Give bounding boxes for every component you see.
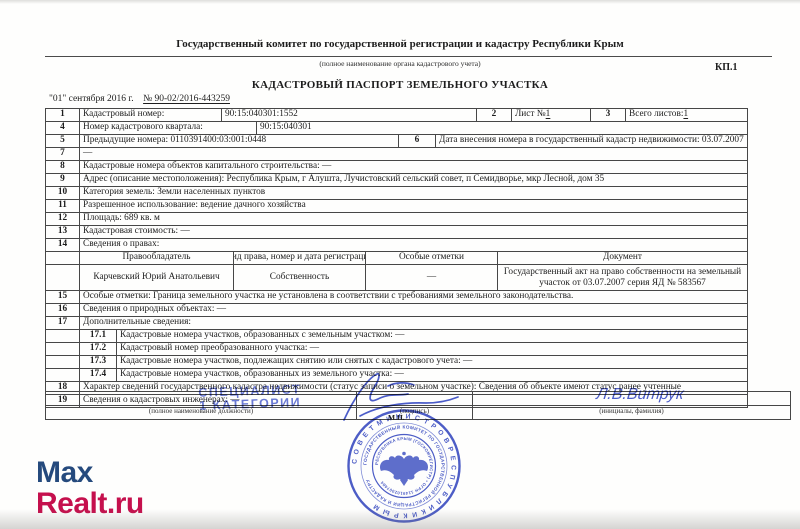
table-row: 12 Площадь: 689 кв. м xyxy=(46,213,747,226)
rights-document: Государственный акт на право собственнос… xyxy=(497,265,747,290)
row-number: 17 xyxy=(46,317,79,329)
row-number: 14 xyxy=(46,239,79,251)
subrow-number: 17.1 xyxy=(79,330,116,342)
address: Адрес (описание местоположения): Республ… xyxy=(79,174,747,186)
rights-owner: Карчевский Юрий Анатольевич xyxy=(79,265,233,290)
name-caption: (инициалы, фамилия) xyxy=(473,405,790,419)
row-number: 6 xyxy=(398,135,435,147)
document-title: КАДАСТРОВЫЙ ПАСПОРТ ЗЕМЕЛЬНОГО УЧАСТКА xyxy=(45,79,755,91)
form-code: КП.1 xyxy=(715,62,738,73)
row-label: Номер кадастрового квартала: xyxy=(79,122,256,134)
authority-caption: (полное наименование органа кадастрового… xyxy=(45,59,755,68)
table-row: 7 — xyxy=(46,148,747,161)
cadastral-number-value: 90:15:040301:1552 xyxy=(221,109,476,121)
table-subrow: 17.3 Кадастровые номера участков, подлеж… xyxy=(46,356,747,369)
table-row: 17 Дополнительные сведения: xyxy=(46,317,747,330)
empty-cell xyxy=(46,265,79,290)
permitted-use: Разрешенное использование: ведение дачно… xyxy=(79,200,747,212)
empty-cell xyxy=(46,369,79,381)
table-row: 15 Особые отметки: Граница земельного уч… xyxy=(46,291,747,304)
subrow-label: Кадастровые номера участков, подлежащих … xyxy=(116,356,747,368)
cadastral-table: 1 Кадастровый номер: 90:15:040301:1552 2… xyxy=(45,108,748,408)
subrow-label: Кадастровые номера участков, образованны… xyxy=(116,330,747,342)
signer-name: Л.В.Витрук xyxy=(559,386,721,404)
previous-numbers: Предыдущие номера: 0110391400:03:001:044… xyxy=(79,135,398,147)
row-number: 4 xyxy=(46,122,79,134)
table-row: 16 Сведения о природных объектах: — xyxy=(46,304,747,317)
total-sheets-label: Всего листов: xyxy=(629,109,683,121)
official-round-seal: С О В Е Т М И Н И С Т Р О В Р Е С П У Б … xyxy=(336,404,472,529)
row-label: Кадастровый номер: xyxy=(79,109,221,121)
additional-info-label: Дополнительные сведения: xyxy=(79,317,747,329)
watermark-line1: Max xyxy=(36,457,144,488)
table-row: 5 Предыдущие номера: 0110391400:03:001:0… xyxy=(46,135,747,148)
subrow-number: 17.2 xyxy=(79,343,116,355)
sheet-label: Лист № xyxy=(515,109,546,121)
row-number: 2 xyxy=(476,109,511,121)
date-line: "01" сентября 2016 г. № 90-02/2016-44325… xyxy=(49,94,230,104)
empty-cell xyxy=(46,356,79,368)
issuing-authority: Государственный комитет по государственн… xyxy=(45,38,755,50)
row-number: 12 xyxy=(46,213,79,225)
rights-marks: — xyxy=(365,265,497,290)
table-row: 4 Номер кадастрового квартала: 90:15:040… xyxy=(46,122,747,135)
natural-objects: Сведения о природных объектах: — xyxy=(79,304,747,316)
table-row: 10 Категория земель: Земли населенных пу… xyxy=(46,187,747,200)
row-number: 7 xyxy=(46,148,79,160)
subrow-number: 17.3 xyxy=(79,356,116,368)
watermark-line2: Realt.ru xyxy=(36,488,144,519)
site-watermark: Max Realt.ru xyxy=(36,457,144,519)
rights-header-row: Правообладатель Вид права, номер и дата … xyxy=(46,252,747,265)
special-marks: Особые отметки: Граница земельного участ… xyxy=(79,291,747,303)
table-row: 11 Разрешенное использование: ведение да… xyxy=(46,200,747,213)
subrow-label: Кадастровый номер преобразованного участ… xyxy=(116,343,747,355)
table-row: 9 Адрес (описание местоположения): Респу… xyxy=(46,174,747,187)
issue-date: "01" сентября 2016 г. xyxy=(49,94,134,104)
table-row: 14 Сведения о правах: xyxy=(46,239,747,252)
row-number: 5 xyxy=(46,135,79,147)
empty-cell xyxy=(46,330,79,342)
total-sheets-cell: Всего листов: 1 xyxy=(625,109,747,121)
row-number: 16 xyxy=(46,304,79,316)
table-row: 1 Кадастровый номер: 90:15:040301:1552 2… xyxy=(46,109,747,122)
rights-header-type: Вид права, номер и дата регистрации xyxy=(233,252,365,264)
rights-header-document: Документ xyxy=(497,252,747,264)
cadastral-passport-scan: Государственный комитет по государственн… xyxy=(0,0,800,529)
rights-type: Собственность xyxy=(233,265,365,290)
subrow-number: 17.4 xyxy=(79,369,116,381)
cadastral-cost: Кадастровая стоимость: — xyxy=(79,226,747,238)
row-number: 13 xyxy=(46,226,79,238)
row-number: 1 xyxy=(46,109,79,121)
row-label: — xyxy=(79,148,747,160)
row-number: 3 xyxy=(590,109,625,121)
rights-header-owner: Правообладатель xyxy=(79,252,233,264)
rights-data-row: Карчевский Юрий Анатольевич Собственност… xyxy=(46,265,747,291)
sheet-value: 1 xyxy=(546,109,551,121)
empty-cell xyxy=(46,343,79,355)
registry-date: Дата внесения номера в государственный к… xyxy=(435,135,747,147)
table-subrow: 17.1 Кадастровые номера участков, образо… xyxy=(46,330,747,343)
row-number: 15 xyxy=(46,291,79,303)
row-number: 10 xyxy=(46,187,79,199)
rights-header-marks: Особые отметки xyxy=(365,252,497,264)
header-underline xyxy=(45,56,772,57)
row-number: 9 xyxy=(46,174,79,186)
rights-section-label: Сведения о правах: xyxy=(79,239,747,251)
table-row: 8 Кадастровые номера объектов капитально… xyxy=(46,161,747,174)
table-row: 13 Кадастровая стоимость: — xyxy=(46,226,747,239)
total-sheets-value: 1 xyxy=(683,109,688,121)
empty-cell xyxy=(46,252,79,264)
area: Площадь: 689 кв. м xyxy=(79,213,747,225)
row-number: 8 xyxy=(46,161,79,173)
table-subrow: 17.2 Кадастровый номер преобразованного … xyxy=(46,343,747,356)
row-label: Кадастровые номера объектов капитального… xyxy=(79,161,747,173)
double-headed-eagle-emblem xyxy=(380,452,428,486)
quarter-number-value: 90:15:040301 xyxy=(256,122,747,134)
document-number: № 90-02/2016-443259 xyxy=(143,94,230,104)
sheet-cell: Лист № 1 xyxy=(511,109,590,121)
land-category: Категория земель: Земли населенных пункт… xyxy=(79,187,747,199)
row-number: 11 xyxy=(46,200,79,212)
